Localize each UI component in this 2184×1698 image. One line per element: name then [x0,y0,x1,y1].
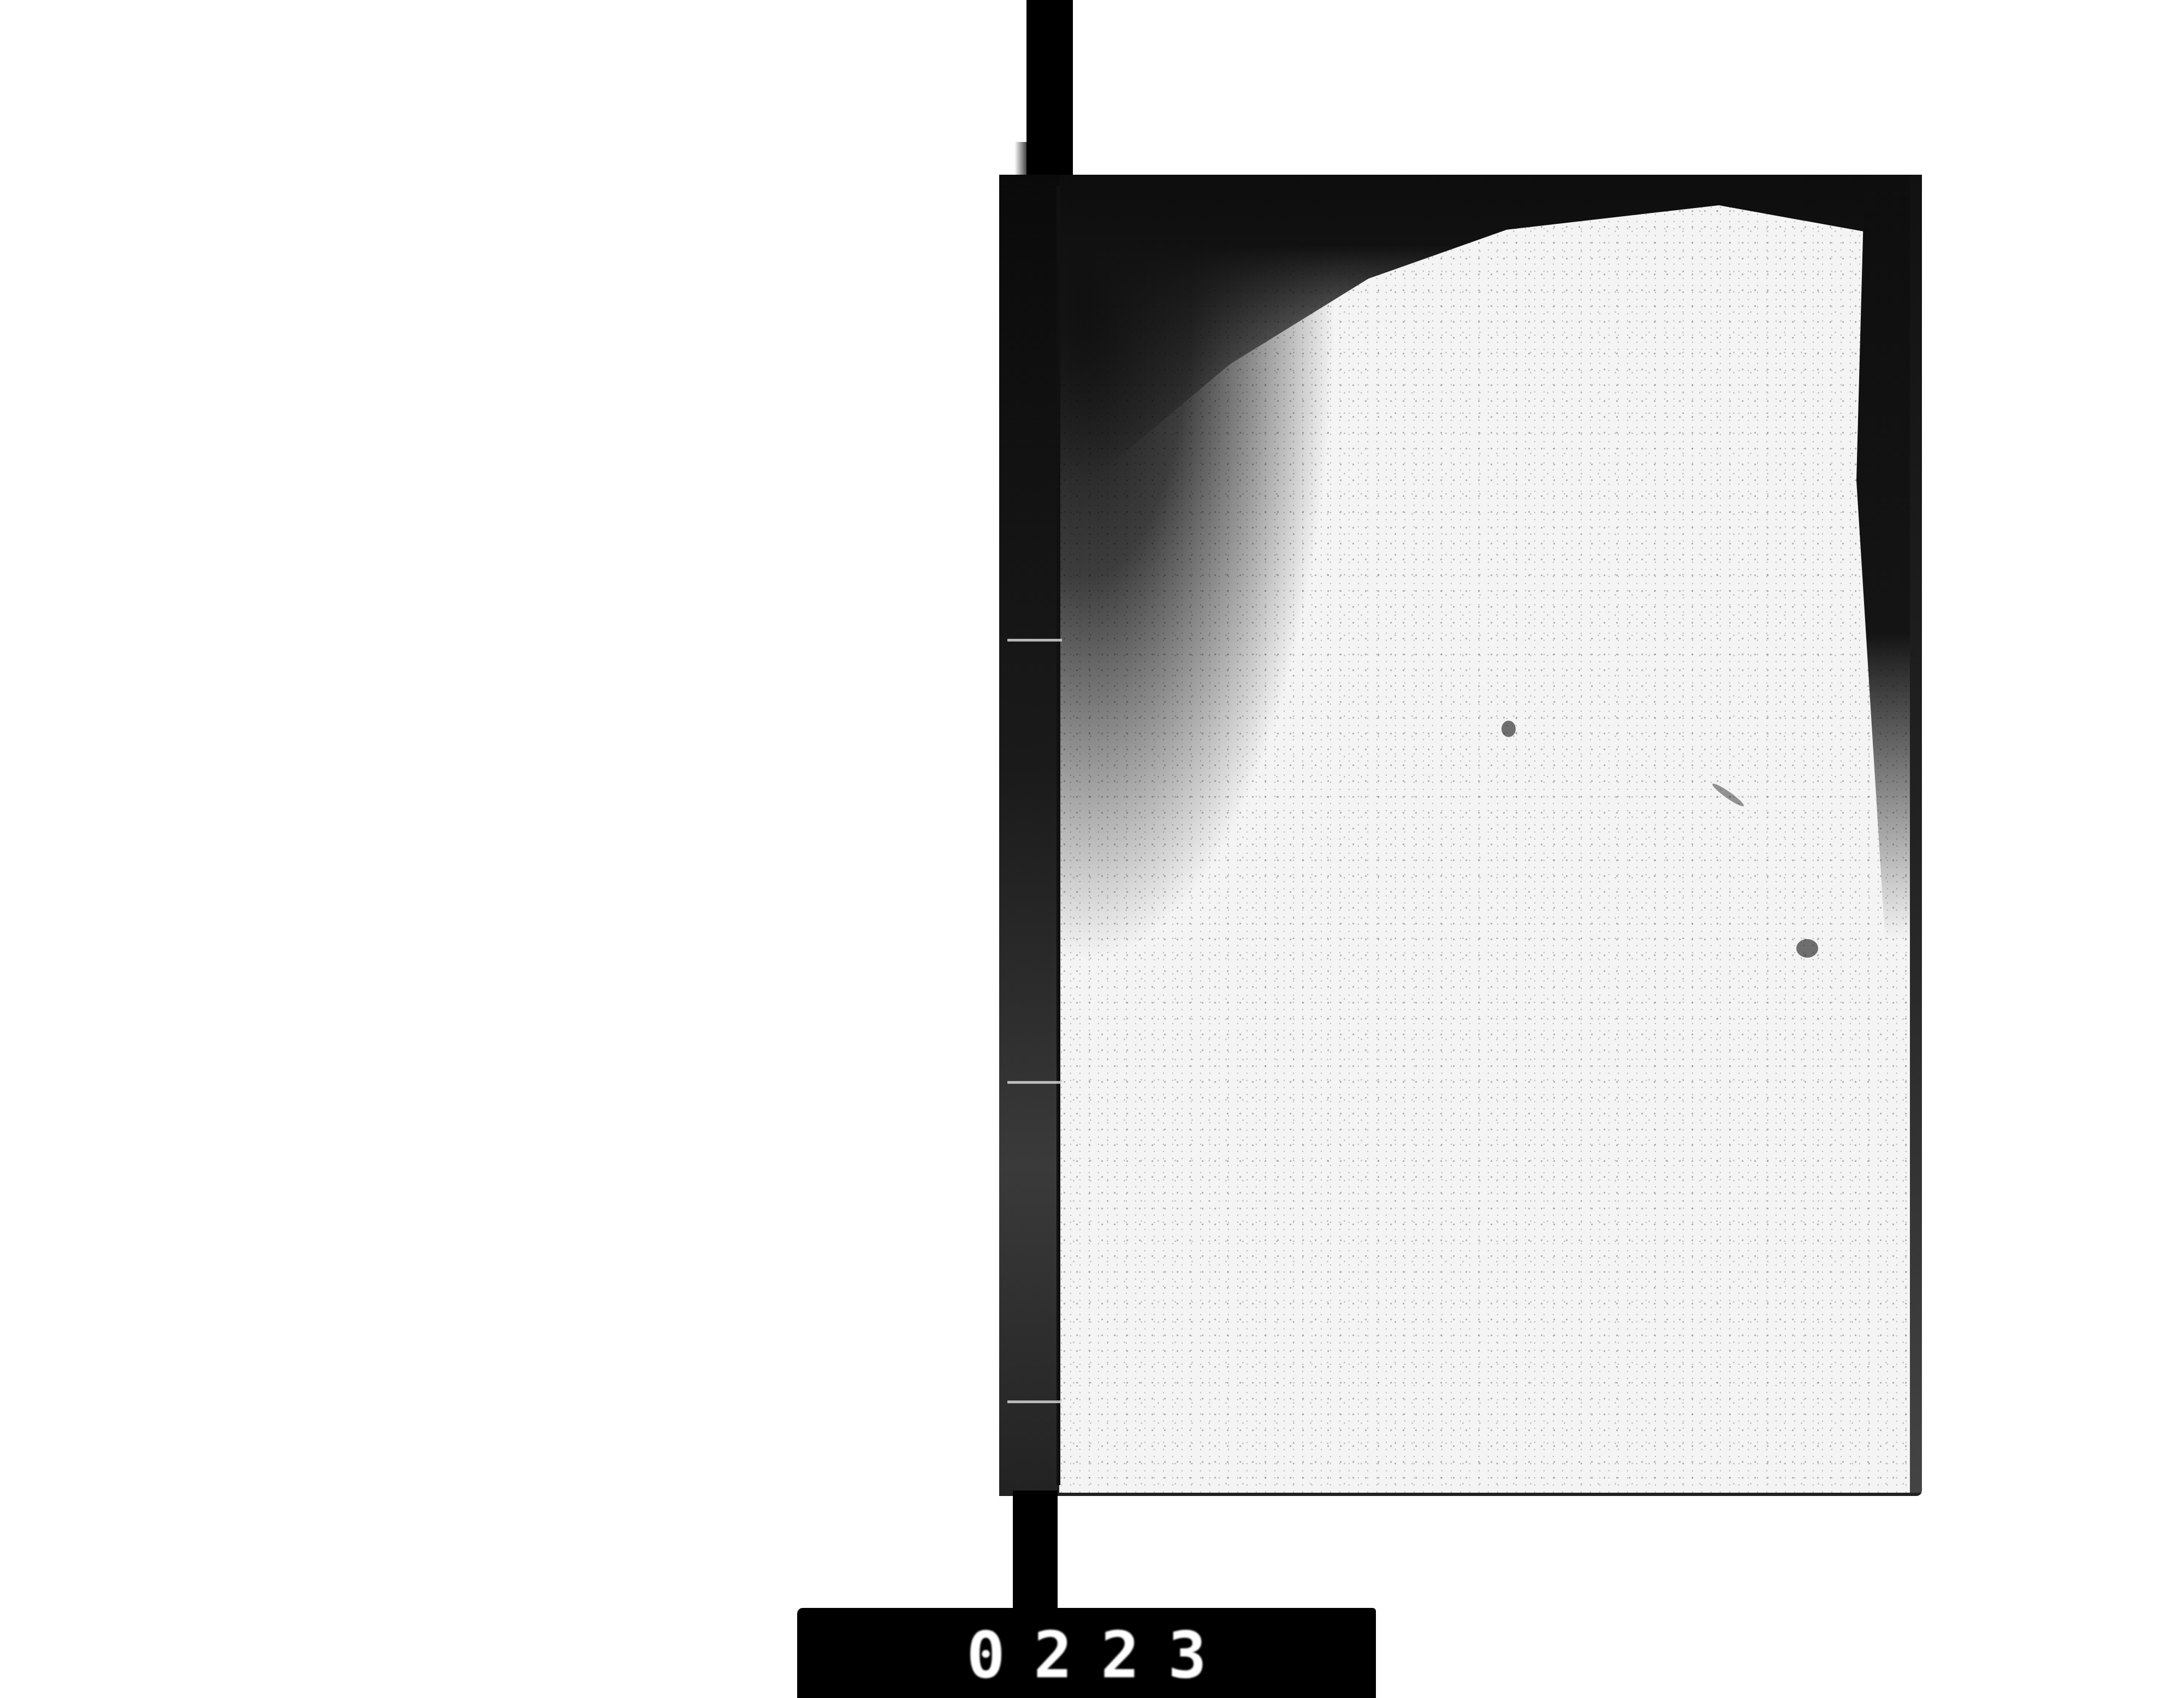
book-cover [999,175,1922,1496]
stain-mark [1501,721,1516,737]
binding-stitch [1007,1081,1062,1084]
binding-line [1057,186,1060,1485]
binding-stitch [1007,1400,1062,1403]
film-leader-bottom-bar [1013,1491,1058,1616]
binding-stitch [1007,639,1062,642]
cover-right-edge [1910,175,1922,1496]
cover-bottom-edge [999,1493,1922,1496]
frame-counter: 0223 [938,1617,1235,1693]
book-spine [999,175,1059,1496]
film-leader-top-bar [1026,0,1073,186]
frame-counter-strip: 0223 [797,1608,1376,1698]
stain-mark [1796,939,1818,958]
